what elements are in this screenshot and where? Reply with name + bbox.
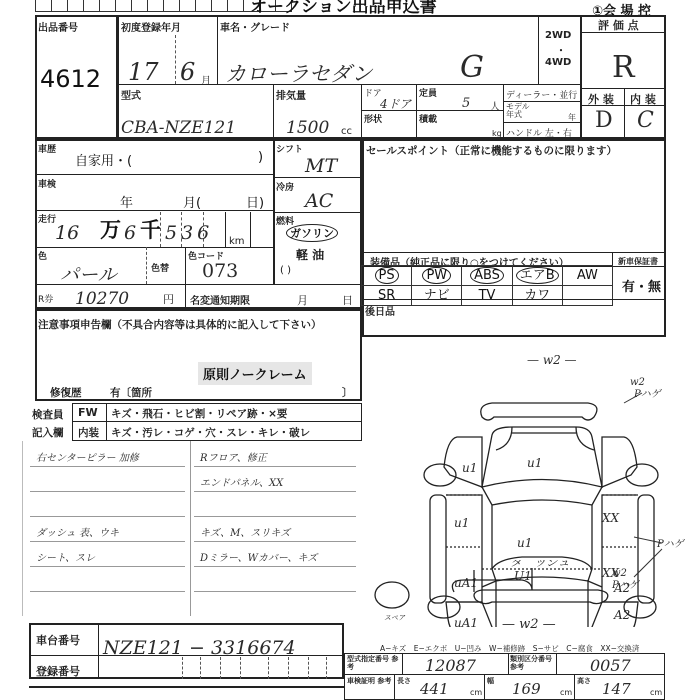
model-code-label: 型式 [121, 87, 141, 102]
history-value: 自家用・( [75, 150, 132, 169]
repair-label: 修復歴 [50, 385, 82, 400]
fw-label: FW [78, 406, 98, 419]
displacement: 1500 [286, 118, 329, 138]
notes-label: 注意事項申告欄（不具合内容等は具体的に記入して下さい） [38, 317, 322, 332]
interior-inspect-label: 内装 [78, 425, 99, 440]
mileage-unit: km [229, 236, 245, 247]
svg-text:— w2 —: — w2 — [527, 353, 577, 367]
recycle-unit: 円 [163, 291, 174, 307]
equipment-circled-mark: エアB [516, 267, 559, 284]
fuel-option2: 軽 油 [296, 246, 324, 263]
svg-text:w2: w2 [630, 377, 645, 388]
interior-items: キズ・汚レ・コゲ・穴・スレ・キレ・破レ [111, 425, 310, 440]
fw-items: キズ・飛石・ヒビ割・リペア跡・×要 [111, 406, 287, 421]
inspector-note-right: キズ、M、スリキズ [200, 524, 290, 539]
category-number-label: 類別区分番号 参考 [510, 655, 556, 671]
length-label: 長さ [397, 676, 411, 686]
color-code: 073 [202, 260, 238, 282]
equipment-item: AW [562, 265, 613, 286]
type-designation: 12087 [425, 656, 476, 675]
warranty-value: 有・無 [622, 276, 661, 295]
inspector-note-right: Rフロア、修正 [200, 449, 267, 464]
equipment-item: PS [361, 265, 412, 286]
inspector-note-right: エンドパネル、XX [200, 474, 283, 489]
svg-text:u1: u1 [454, 516, 469, 530]
capacity-value: 5 [462, 96, 470, 111]
svg-text:Pハゲ: Pハゲ [633, 388, 663, 400]
car-grade: G [460, 50, 484, 85]
equipment-item: エアB [512, 265, 563, 286]
mileage-sen: 6 [124, 222, 136, 244]
svg-text:— w2 —: — w2 — [502, 617, 556, 632]
equipment-item: ナビ [411, 285, 462, 306]
fuel-label: 燃料 [276, 214, 294, 227]
repair-value: 有〔箇所 [110, 385, 152, 400]
inspector-note-right: Dミラー、Wカバー、キズ [200, 549, 317, 564]
drive-2wd: 2WD [545, 30, 571, 41]
dealer-label: ディーラー・並行 [506, 88, 577, 101]
recycle-value: 10270 [75, 289, 129, 309]
history-label: 車歴 [38, 142, 56, 155]
noclaim-stamp: 原則ノークレーム [198, 362, 312, 385]
first-reg-label: 初度登録年月 [121, 19, 181, 34]
first-reg-year: 17 [128, 58, 159, 86]
aircon-label: 冷房 [276, 180, 294, 193]
length-value: 441 [420, 680, 449, 698]
drive-4wd: 4WD [545, 57, 571, 68]
equipment-item: ABS [461, 265, 512, 286]
inspector-label-2: 記入欄 [32, 425, 64, 440]
score-value: R [612, 50, 635, 85]
svg-text:U1: U1 [514, 569, 532, 583]
inspector-note-left: 右センターピラー 加修 [36, 449, 139, 464]
lot-label: 出品番号 [38, 19, 78, 34]
fuel-selected: ガソリン [286, 224, 338, 242]
score-label: 評 価 点 [598, 17, 639, 33]
svg-text:Pハゲ: Pハゲ [611, 579, 641, 591]
registration-label: 登録番号 [36, 663, 80, 679]
mileage-man-unit: 万 [100, 214, 121, 244]
svg-text:XX: XX [601, 511, 620, 525]
displacement-unit: cc [341, 126, 352, 137]
color-value: パール [60, 260, 117, 287]
inspector-label-1: 検査員 [32, 407, 64, 422]
name-change-label: 名変通知期限 [190, 292, 250, 307]
color-label: 色 [38, 249, 47, 262]
chassis-label: 車台番号 [36, 632, 80, 648]
mileage-label: 走行 [38, 212, 56, 225]
svg-text:u1: u1 [517, 536, 532, 550]
recycle-label: R券 [38, 292, 53, 305]
model-year-label: モデル年式 [506, 103, 531, 119]
repair-close: 〕 [342, 385, 353, 400]
width-value: 169 [512, 680, 541, 698]
category-number: 0057 [590, 656, 631, 675]
svg-text:w2: w2 [612, 568, 627, 579]
fuel-paren: ( ) [280, 265, 291, 276]
svg-text:u1: u1 [462, 461, 477, 475]
inspection-label: 車検 [38, 177, 56, 190]
first-reg-month: 6 [180, 58, 195, 86]
color-change-label: 色替 [151, 261, 169, 274]
mileage-rest: 536 [165, 222, 213, 244]
sales-point-label: セールスポイント（正常に機能するものに限ります） [366, 143, 617, 158]
capacity-label: 定員 [419, 86, 437, 99]
shift-label: シフト [276, 142, 303, 155]
equipment-circled-mark: PS [375, 267, 399, 284]
load-unit: kg [492, 129, 502, 138]
inspector-note-left: シート、スレ [36, 549, 95, 564]
equipment-item: カワ [512, 285, 563, 306]
interior-score: C [637, 108, 654, 133]
equipment-circled-mark: PW [422, 267, 451, 284]
car-name-label: 車名・グレード [220, 19, 290, 34]
exterior-score: D [595, 108, 613, 133]
equipment-item [562, 285, 613, 306]
lot-number: 4612 [40, 65, 101, 93]
cert-label: 車検証明 参考 [347, 677, 395, 685]
svg-text:スペア: スペア [384, 614, 406, 622]
load-label: 積載 [419, 112, 437, 125]
mileage-man: 16 [55, 222, 79, 244]
width-unit: cm [560, 688, 572, 697]
displacement-label: 排気量 [276, 87, 306, 102]
right-middle-frame [362, 139, 666, 337]
steering-label: ハンドル 左・右 [506, 126, 572, 139]
svg-text:Pハゲ: Pハゲ [656, 538, 686, 550]
height-value: 147 [602, 680, 631, 698]
type-designation-label: 型式指定番号 参考 [347, 655, 402, 671]
name-change-month: 月 [297, 292, 308, 308]
inspector-note-left: ダッシュ 表、ウキ [36, 524, 119, 539]
inspection-year-unit: 年 [120, 192, 133, 211]
svg-text:u1: u1 [527, 456, 542, 470]
shape-label: 形状 [364, 112, 382, 125]
drive-sep: ・ [556, 42, 566, 57]
shift-value: MT [305, 155, 337, 177]
equipment-item: TV [461, 285, 512, 306]
car-damage-diagram-lower: スペア — w2 — タ゛ッシュ U1 w2 Pハゲ [362, 560, 700, 640]
name-change-day: 日 [342, 292, 353, 308]
later-items-label: 後日品 [365, 303, 395, 318]
mileage-sen-unit: 千 [140, 214, 161, 244]
height-label: 高さ [577, 676, 591, 686]
equipment-circled-mark: ABS [470, 267, 504, 284]
equipment-item: PW [411, 265, 462, 286]
svg-text:タ゛ッシュ: タ゛ッシュ [510, 560, 570, 569]
history-close: ) [258, 150, 263, 165]
width-label: 幅 [487, 676, 494, 686]
height-unit: cm [650, 688, 662, 697]
model-code: CBA-NZE121 [121, 118, 236, 138]
aircon-value: AC [305, 190, 333, 212]
length-unit: cm [470, 688, 482, 697]
inspection-month-unit: 月( [183, 192, 201, 211]
inspection-day-unit: 日) [246, 192, 264, 211]
